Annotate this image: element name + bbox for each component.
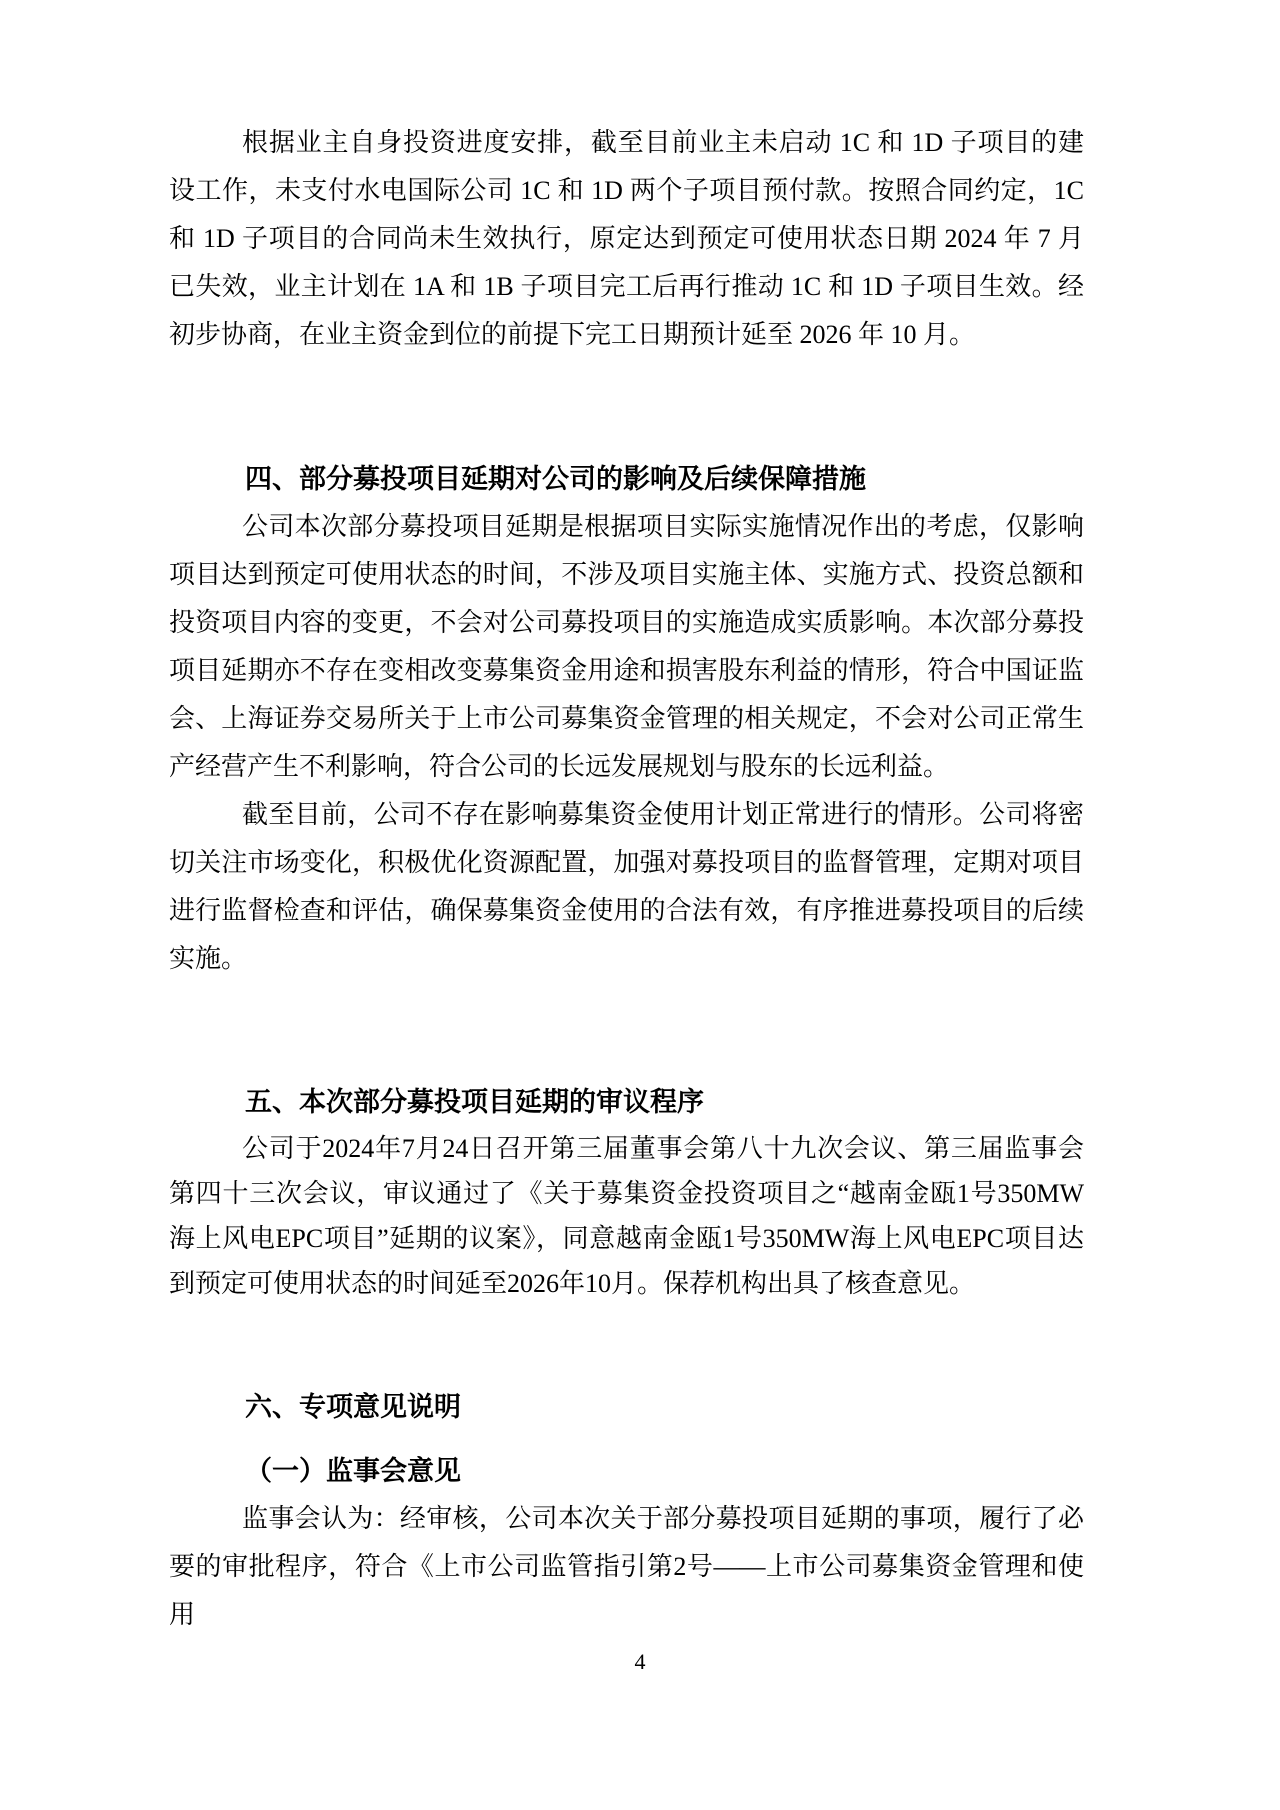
subsection-heading-6-1: （一）监事会意见 bbox=[169, 1447, 1084, 1495]
document-content: 根据业主自身投资进度安排，截至目前业主未启动 1C 和 1D 子项目的建设工作，… bbox=[169, 119, 1084, 1639]
section-heading-6: 六、专项意见说明 bbox=[169, 1383, 1084, 1431]
section-heading-5: 五、本次部分募投项目延期的审议程序 bbox=[169, 1078, 1084, 1126]
paragraph-intro: 根据业主自身投资进度安排，截至目前业主未启动 1C 和 1D 子项目的建设工作，… bbox=[169, 119, 1084, 359]
section-4-paragraph-1: 公司本次部分募投项目延期是根据项目实际实施情况作出的考虑，仅影响项目达到预定可使… bbox=[169, 503, 1084, 791]
section-6-paragraph-1: 监事会认为：经审核，公司本次关于部分募投项目延期的事项，履行了必要的审批程序，符… bbox=[169, 1495, 1084, 1639]
document-page: 根据业主自身投资进度安排，截至目前业主未启动 1C 和 1D 子项目的建设工作，… bbox=[0, 0, 1280, 1810]
section-4-paragraph-2: 截至目前，公司不存在影响募集资金使用计划正常进行的情形。公司将密切关注市场变化，… bbox=[169, 791, 1084, 983]
section-5-paragraph-1: 公司于2024年7月24日召开第三届董事会第八十九次会议、第三届监事会第四十三次… bbox=[169, 1126, 1084, 1306]
page-number: 4 bbox=[0, 1646, 1280, 1678]
section-heading-4: 四、部分募投项目延期对公司的影响及后续保障措施 bbox=[169, 455, 1084, 503]
